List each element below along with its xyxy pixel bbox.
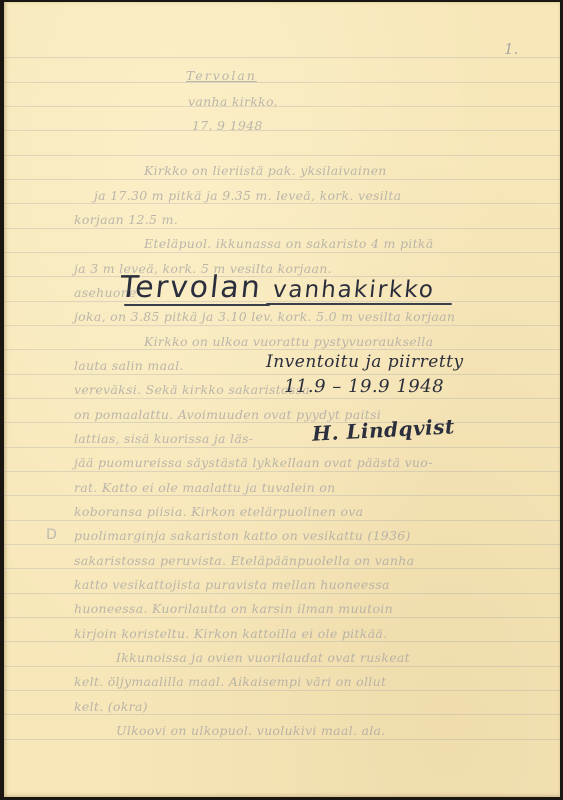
ink-title-part2: vanhakirkko — [272, 277, 437, 303]
rule-line — [4, 374, 560, 375]
rule-line — [4, 130, 560, 131]
pencil-line: katto vesikattojista puravista mellan hu… — [74, 577, 390, 592]
pencil-header-line1: Tervolan — [186, 68, 257, 83]
pencil-line: Kirkko on ulkoa vuorattu pystyvuorauksel… — [144, 334, 433, 349]
pencil-line: lattias, sisä kuorissa ja läs- — [74, 431, 253, 446]
pencil-line: huoneessa. Kuorilautta on karsin ilman m… — [74, 601, 393, 616]
rule-line — [4, 57, 560, 58]
rule-line — [4, 179, 560, 180]
margin-mark: D — [46, 527, 57, 543]
ink-title: Tervolan vanhakirkko — [118, 270, 437, 305]
rule-line — [4, 666, 560, 667]
pencil-line: kelt. (okra) — [74, 699, 148, 714]
pencil-header-line2: vanha kirkko. — [188, 94, 278, 109]
rule-line — [4, 520, 560, 521]
pencil-line: ja 17.30 m pitkä ja 9.35 m. leveä, kork.… — [94, 188, 401, 203]
pencil-line: kelt. öljymaalilla maal. Aikaisempi väri… — [74, 674, 386, 689]
pencil-line: Ulkoovi on ulkopuol. vuolukivi maal. ala… — [116, 723, 386, 738]
rule-line — [4, 252, 560, 253]
title-underline-2 — [266, 303, 452, 305]
rule-line — [4, 617, 560, 618]
ink-title-part1: Tervolan — [118, 270, 264, 305]
rule-line — [4, 471, 560, 472]
rule-line — [4, 325, 560, 326]
rule-line — [4, 495, 560, 496]
rule-line — [4, 714, 560, 715]
rule-line — [4, 690, 560, 691]
rule-line — [4, 82, 560, 83]
ink-dates: 11.9 – 19.9 1948 — [284, 376, 444, 397]
document-page: 1. Tervolan vanha kirkko. 17. 9 1948 Kir… — [4, 2, 560, 797]
title-underline-1 — [124, 304, 270, 306]
pencil-line: rat. Katto ei ole maalattu ja tuvalein o… — [74, 480, 335, 495]
rule-line — [4, 422, 560, 423]
rule-line — [4, 568, 560, 569]
pencil-line: korjaan 12.5 m. — [74, 212, 178, 227]
pencil-line: sakaristossa peruvista. Eteläpäänpuolell… — [74, 553, 414, 568]
rule-line — [4, 349, 560, 350]
pencil-line: vereväksi. Sekä kirkko sakaristossa — [74, 382, 310, 397]
pencil-line: Ikkunoissa ja ovien vuorilaudat ovat rus… — [116, 650, 410, 665]
rule-line — [4, 593, 560, 594]
rule-line — [4, 106, 560, 107]
pencil-line: koboransa piisia. Kirkon etelärpuolinen … — [74, 504, 363, 519]
pencil-header-line3: 17. 9 1948 — [192, 118, 263, 133]
rule-line — [4, 203, 560, 204]
pencil-line: joka, on 3.85 pitkä ja 3.10 lev. kork. 5… — [74, 309, 455, 324]
pencil-line: Eteläpuol. ikkunassa on sakaristo 4 m pi… — [144, 236, 434, 251]
pencil-line: jää puomureissa säystästä lykkellaan ova… — [74, 455, 433, 470]
ink-subtitle: Inventoitu ja piirretty — [266, 352, 464, 372]
rule-line — [4, 398, 560, 399]
pencil-line: puolimarginja sakariston katto on vesika… — [74, 528, 411, 543]
rule-line — [4, 228, 560, 229]
pencil-line: lauta salin maal. — [74, 358, 184, 373]
rule-line — [4, 641, 560, 642]
pencil-line: kirjoin koristeltu. Kirkon kattoilla ei … — [74, 626, 387, 641]
pencil-line: Kirkko on lieriistä pak. yksilaivainen — [144, 163, 387, 178]
rule-line — [4, 544, 560, 545]
page-number: 1. — [504, 40, 518, 58]
rule-line — [4, 447, 560, 448]
rule-line — [4, 739, 560, 740]
rule-line — [4, 155, 560, 156]
